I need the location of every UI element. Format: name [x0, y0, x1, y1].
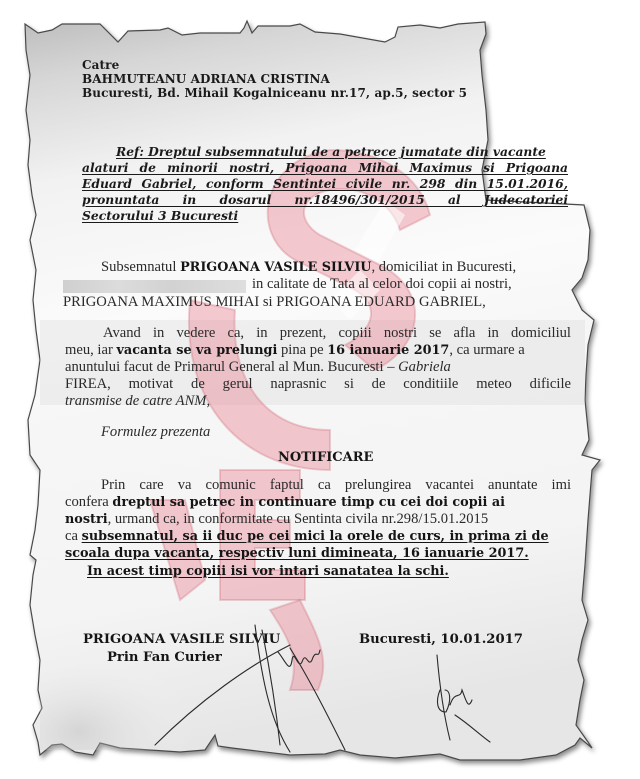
signature-scribbles	[0, 0, 640, 779]
notification-letter: Catre BAHMUTEANU ADRIANA CRISTINA Bucure…	[0, 0, 640, 779]
